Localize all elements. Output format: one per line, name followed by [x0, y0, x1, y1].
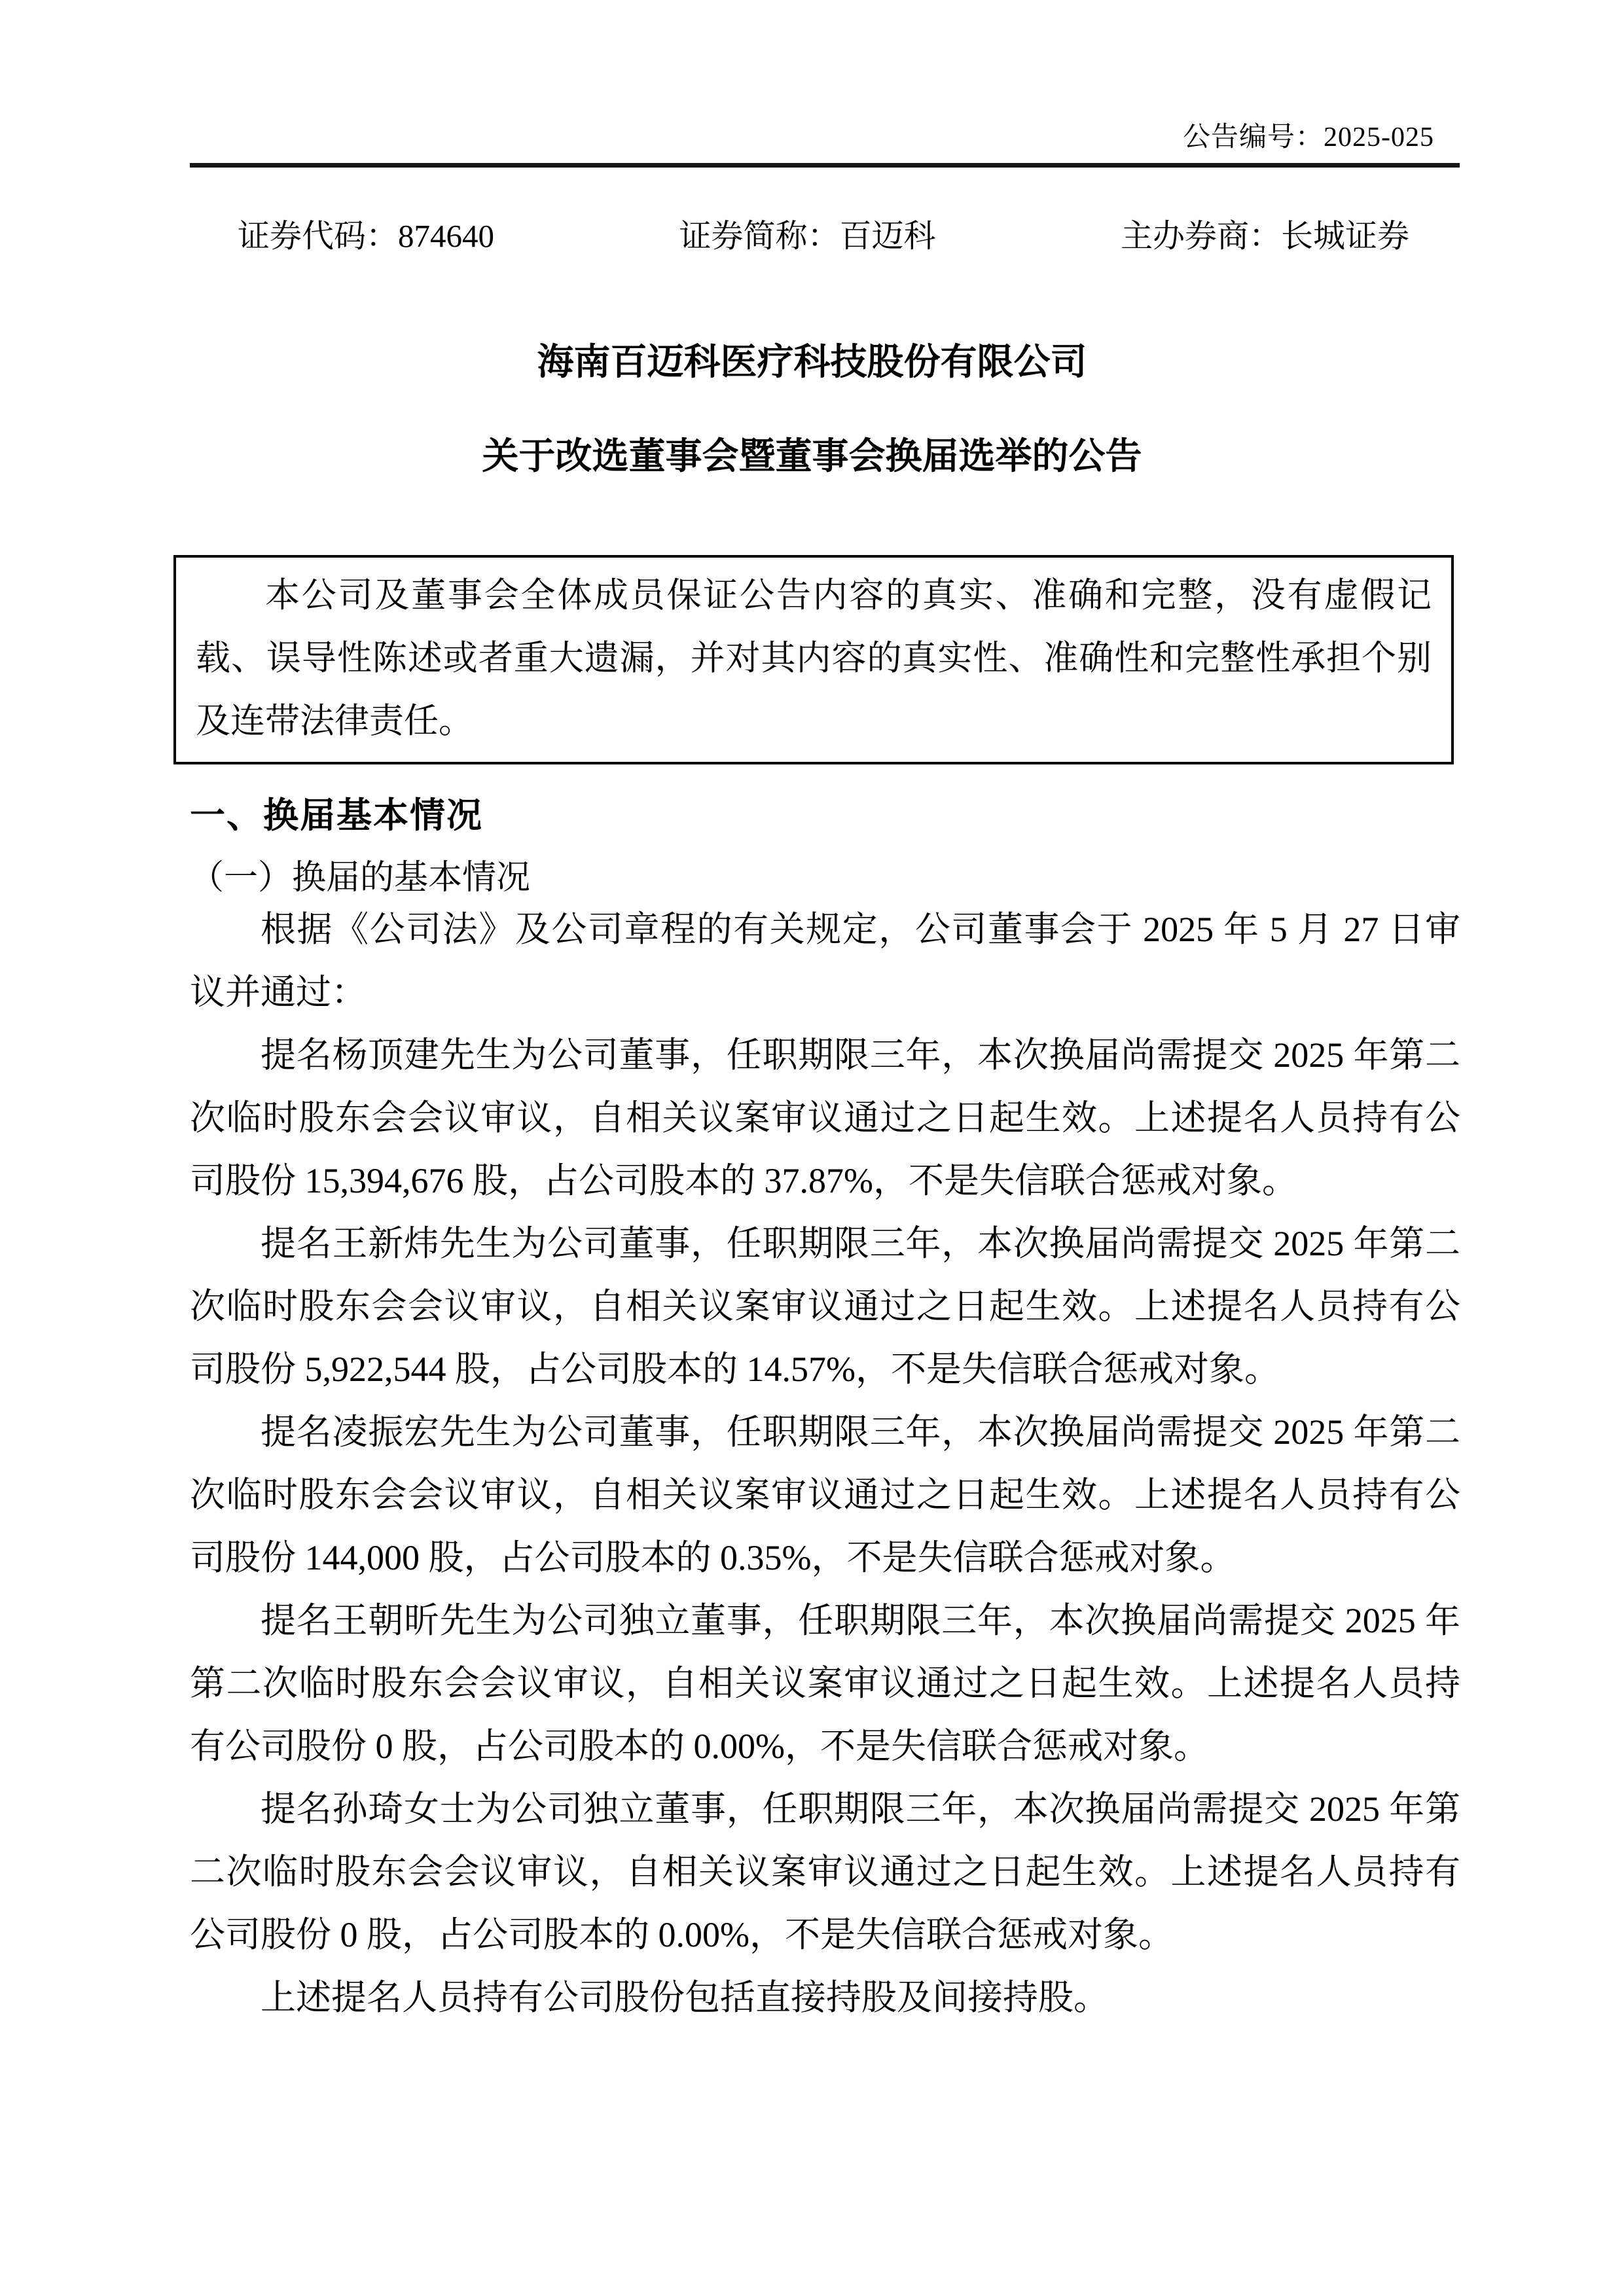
- paragraph-nominee-wangxinwei: 提名王新炜先生为公司董事，任职期限三年，本次换届尚需提交 2025 年第二次临时…: [190, 1212, 1460, 1401]
- sponsor-broker: 主办券商：长城证券: [1121, 211, 1409, 257]
- header-divider-rule: [190, 163, 1460, 168]
- document-title: 海南百迈科医疗科技股份有限公司 关于改选董事会暨董事会换届选举的公告: [0, 342, 1624, 478]
- paragraph-nominee-sunqi: 提名孙琦女士为公司独立董事，任职期限三年，本次换届尚需提交 2025 年第二次临…: [190, 1778, 1460, 1966]
- paragraph-nominee-lingzhenhong: 提名凌振宏先生为公司董事，任职期限三年，本次换届尚需提交 2025 年第二次临时…: [190, 1401, 1460, 1589]
- disclaimer-text: 本公司及董事会全体成员保证公告内容的真实、准确和完整，没有虚假记载、误导性陈述或…: [196, 564, 1432, 753]
- stock-code: 证券代码：874640: [238, 211, 494, 257]
- announcement-subject-title: 关于改选董事会暨董事会换届选举的公告: [0, 436, 1624, 478]
- stock-abbreviation: 证券简称：百迈科: [679, 211, 935, 257]
- section-subheading-1-1: （一）换届的基本情况: [190, 850, 530, 899]
- securities-meta-row: 证券代码：874640 证券简称：百迈科 主办券商：长城证券: [238, 211, 1409, 257]
- company-name-title: 海南百迈科医疗科技股份有限公司: [0, 342, 1624, 384]
- announcement-number: 公告编号：2025-025: [1183, 115, 1434, 154]
- disclaimer-box: 本公司及董事会全体成员保证公告内容的真实、准确和完整，没有虚假记载、误导性陈述或…: [173, 555, 1454, 764]
- paragraph-nominee-yangdingjian: 提名杨顶建先生为公司董事，任职期限三年，本次换届尚需提交 2025 年第二次临时…: [190, 1024, 1460, 1212]
- paragraph-shareholding-note: 上述提名人员持有公司股份包括直接持股及间接持股。: [190, 1966, 1460, 2029]
- section-heading-1: 一、换届基本情况: [190, 787, 483, 838]
- paragraph-basis: 根据《公司法》及公司章程的有关规定，公司董事会于 2025 年 5 月 27 日…: [190, 898, 1460, 1024]
- section-body: 根据《公司法》及公司章程的有关规定，公司董事会于 2025 年 5 月 27 日…: [190, 898, 1460, 2029]
- paragraph-nominee-wangchaoxin: 提名王朝昕先生为公司独立董事，任职期限三年，本次换届尚需提交 2025 年第二次…: [190, 1589, 1460, 1778]
- announcement-document-page: 公告编号：2025-025 证券代码：874640 证券简称：百迈科 主办券商：…: [0, 0, 1624, 2296]
